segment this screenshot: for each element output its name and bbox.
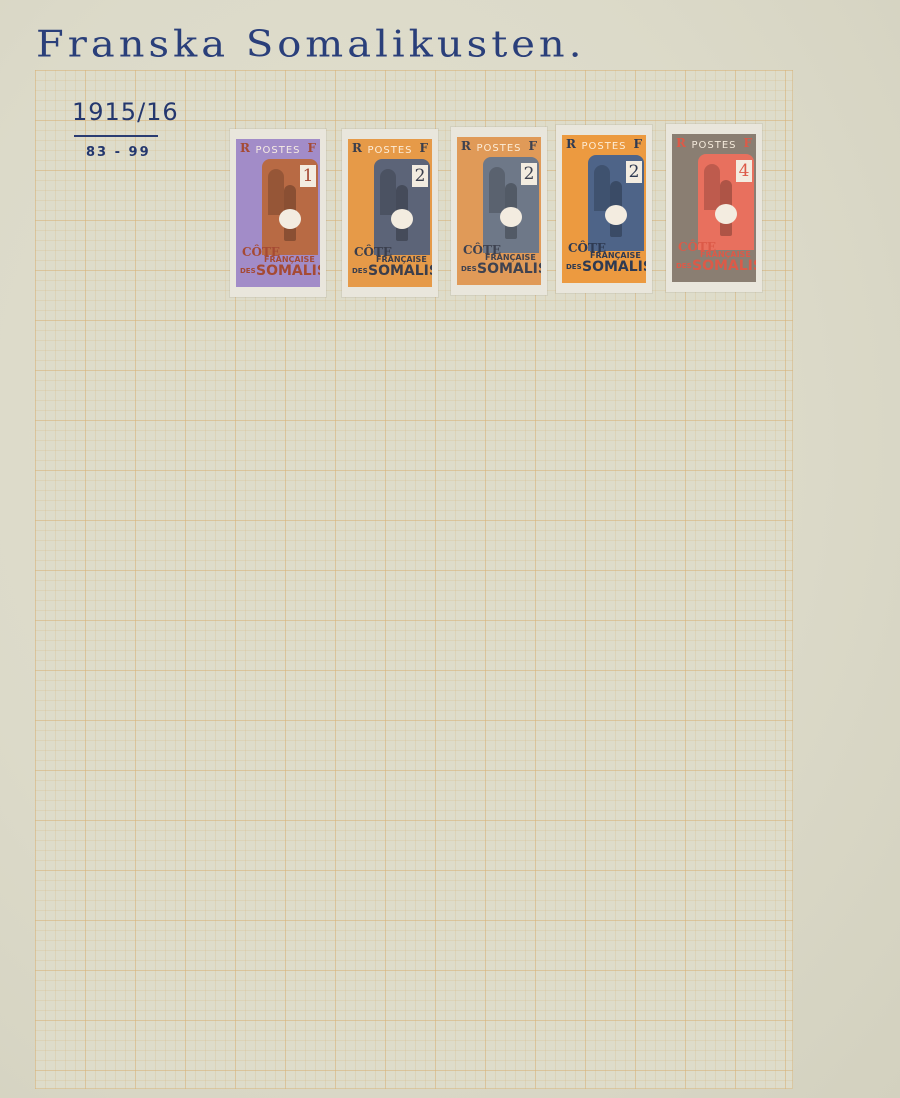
underline-divider [74,135,158,137]
stamp-des: DES [240,267,256,275]
stamp-des: DES [461,265,477,273]
drum-icon [391,209,413,229]
stamp-vignette: 2 [483,157,539,253]
stamp-postes-label: POSTES [348,145,432,156]
page-title: Franska Somalikusten. [36,24,585,65]
stamp: R F POSTES 4 CÔTE FRANÇAISE DES SOMALIS [666,124,762,292]
stamp-des: DES [566,263,582,271]
doorway-arch-icon [594,165,610,211]
stamp-frame: R F POSTES 2 CÔTE FRANÇAISE DES SOMALIS [562,135,646,283]
stamp-postes-label: POSTES [562,141,646,152]
stamp-somalis: SOMALIS [477,261,541,277]
doorway-arch-icon [489,167,505,213]
stamp-vignette: 2 [588,155,644,251]
stamp-somalis: SOMALIS [256,263,320,279]
stamp-frame: R F POSTES 2 CÔTE FRANÇAISE DES SOMALIS [457,137,541,285]
drum-icon [605,205,627,225]
stamp-vignette: 4 [698,154,754,250]
stamp-postes-label: POSTES [457,143,541,154]
stamp: R F POSTES 1 CÔTE FRANÇAISE DES SOMALIS [230,129,326,297]
stamp-value: 1 [300,165,316,187]
stamp: R F POSTES 2 CÔTE FRANÇAISE DES SOMALIS [342,129,438,297]
stamp-des: DES [676,262,692,270]
stamp-somalis: SOMALIS [692,258,756,274]
doorway-arch-icon [268,169,284,215]
doorway-arch-icon [380,169,396,215]
stamp-frame: R F POSTES 4 CÔTE FRANÇAISE DES SOMALIS [672,134,756,282]
stamp-postes-label: POSTES [236,145,320,156]
stamp-value: 2 [412,165,428,187]
drum-icon [279,209,301,229]
album-page: Franska Somalikusten. 1915/16 83 - 99 R … [0,0,900,1098]
stamp-postes-label: POSTES [672,140,756,151]
stamp-somalis: SOMALIS [582,259,646,275]
stamp-value: 2 [626,161,642,183]
drum-icon [500,207,522,227]
stamp-vignette: 1 [262,159,318,255]
stamp-value: 2 [521,163,537,185]
stamp-value: 4 [736,160,752,182]
stamp-frame: R F POSTES 1 CÔTE FRANÇAISE DES SOMALIS [236,139,320,287]
catalog-numbers: 83 - 99 [86,145,151,160]
stamp-des: DES [352,267,368,275]
stamp: R F POSTES 2 CÔTE FRANÇAISE DES SOMALIS [451,127,547,295]
stamp: R F POSTES 2 CÔTE FRANÇAISE DES SOMALIS [556,125,652,293]
doorway-arch-icon [704,164,720,210]
stamp-vignette: 2 [374,159,430,255]
stamp-somalis: SOMALIS [368,263,432,279]
issue-years: 1915/16 [72,98,179,126]
stamp-frame: R F POSTES 2 CÔTE FRANÇAISE DES SOMALIS [348,139,432,287]
drum-icon [715,204,737,224]
